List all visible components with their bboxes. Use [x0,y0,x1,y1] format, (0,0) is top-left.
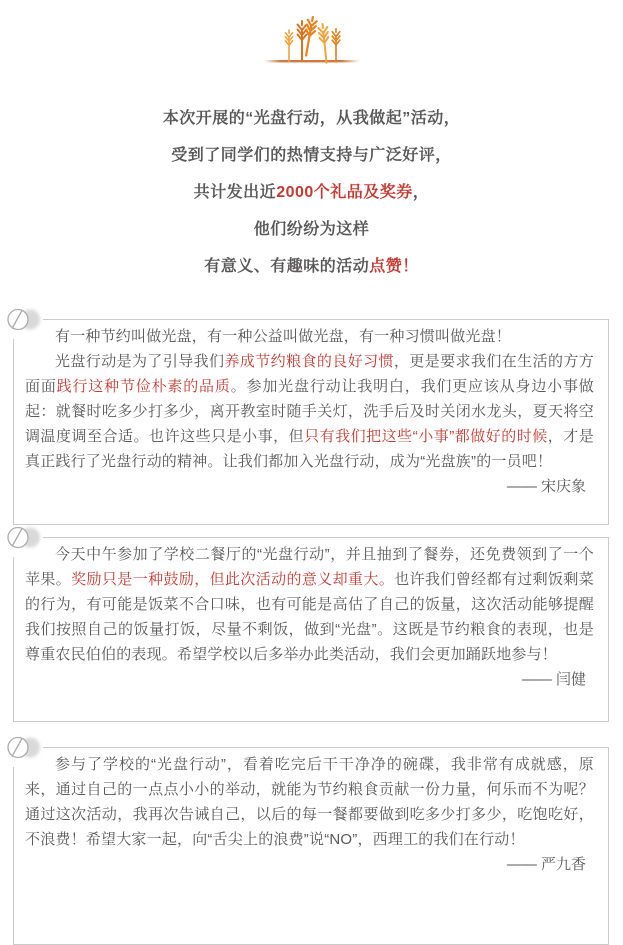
highlighted-text: 只有我们把这些“小事”都做好的时候 [304,428,548,445]
signature: —— 闫健 [25,667,594,692]
testimonial-paragraph: 光盘行动是为了引导我们养成节约粮食的良好习惯，更是要求我们在生活的方方面面践行这… [25,349,594,474]
header-decoration [0,0,623,70]
article-page: 本次开展的“光盘行动，从我做起”活动，受到了同学们的热情支持与广泛好评，共计发出… [0,0,623,945]
intro-section: 本次开展的“光盘行动，从我做起”活动，受到了同学们的热情支持与广泛好评，共计发出… [0,100,623,285]
testimonial-card: 参与了学校的“光盘行动”，看着吃完后干干净净的碗碟，我非常有成就感，原来，通过自… [13,747,609,945]
body-text: ， [413,184,430,201]
body-text: 有意义、有趣味的活动 [204,258,369,275]
intro-line: 他们纷纷为这样 [0,211,623,248]
highlighted-text: 点赞！ [369,258,419,275]
intro-line: 受到了同学们的热情支持与广泛好评， [0,137,623,174]
body-text: 本次开展的“光盘行动，从我做起”活动， [163,110,461,127]
signature: —— 严九香 [25,852,594,877]
highlighted-text: 养成节约粮食的良好习惯 [224,353,393,370]
card-body: 参与了学校的“光盘行动”，看着吃完后干干净净的碗碟，我非常有成就感，原来，通过自… [25,752,594,852]
intro-line: 有意义、有趣味的活动点赞！ [0,248,623,285]
testimonial-card: 今天中午参加了学校二餐厅的“光盘行动”，并且抽到了餐券，还免费领到了一个苹果。奖… [13,537,609,722]
highlighted-text: 践行这种节俭朴素的品质 [57,378,231,395]
quote-circle-icon [4,733,46,762]
quote-circle-icon [4,305,46,334]
body-text: 受到了同学们的热情支持与广泛好评， [171,147,452,164]
wheat-sheaf-icon [262,13,362,65]
highlighted-text: 奖励只是一种鼓励，但此次活动的意义却重大。 [71,571,394,588]
testimonial-card: 有一种节约叫做光盘，有一种公益叫做光盘，有一种习惯叫做光盘！光盘行动是为了引导我… [13,319,609,525]
testimonial-paragraph: 参与了学校的“光盘行动”，看着吃完后干干净净的碗碟，我非常有成就感，原来，通过自… [25,752,594,852]
card-body: 有一种节约叫做光盘，有一种公益叫做光盘，有一种习惯叫做光盘！光盘行动是为了引导我… [25,324,594,474]
body-text: 有一种节约叫做光盘，有一种公益叫做光盘，有一种习惯叫做光盘！ [55,328,511,345]
card-body: 今天中午参加了学校二餐厅的“光盘行动”，并且抽到了餐券，还免费领到了一个苹果。奖… [25,542,594,667]
body-text: 光盘行动是为了引导我们 [55,353,224,370]
testimonial-paragraph: 今天中午参加了学校二餐厅的“光盘行动”，并且抽到了餐券，还免费领到了一个苹果。奖… [25,542,594,667]
testimonial-paragraph: 有一种节约叫做光盘，有一种公益叫做光盘，有一种习惯叫做光盘！ [25,324,594,349]
body-text: 他们纷纷为这样 [254,221,370,238]
body-text: 参与了学校的“光盘行动”，看着吃完后干干净净的碗碟，我非常有成就感，原来，通过自… [25,756,594,848]
intro-line: 共计发出近2000个礼品及奖券， [0,174,623,211]
quote-circle-icon [4,523,46,552]
signature: —— 宋庆象 [25,474,594,499]
body-text: 共计发出近 [194,184,277,201]
highlighted-text: 2000个礼品及奖券 [276,184,413,201]
intro-line: 本次开展的“光盘行动，从我做起”活动， [0,100,623,137]
